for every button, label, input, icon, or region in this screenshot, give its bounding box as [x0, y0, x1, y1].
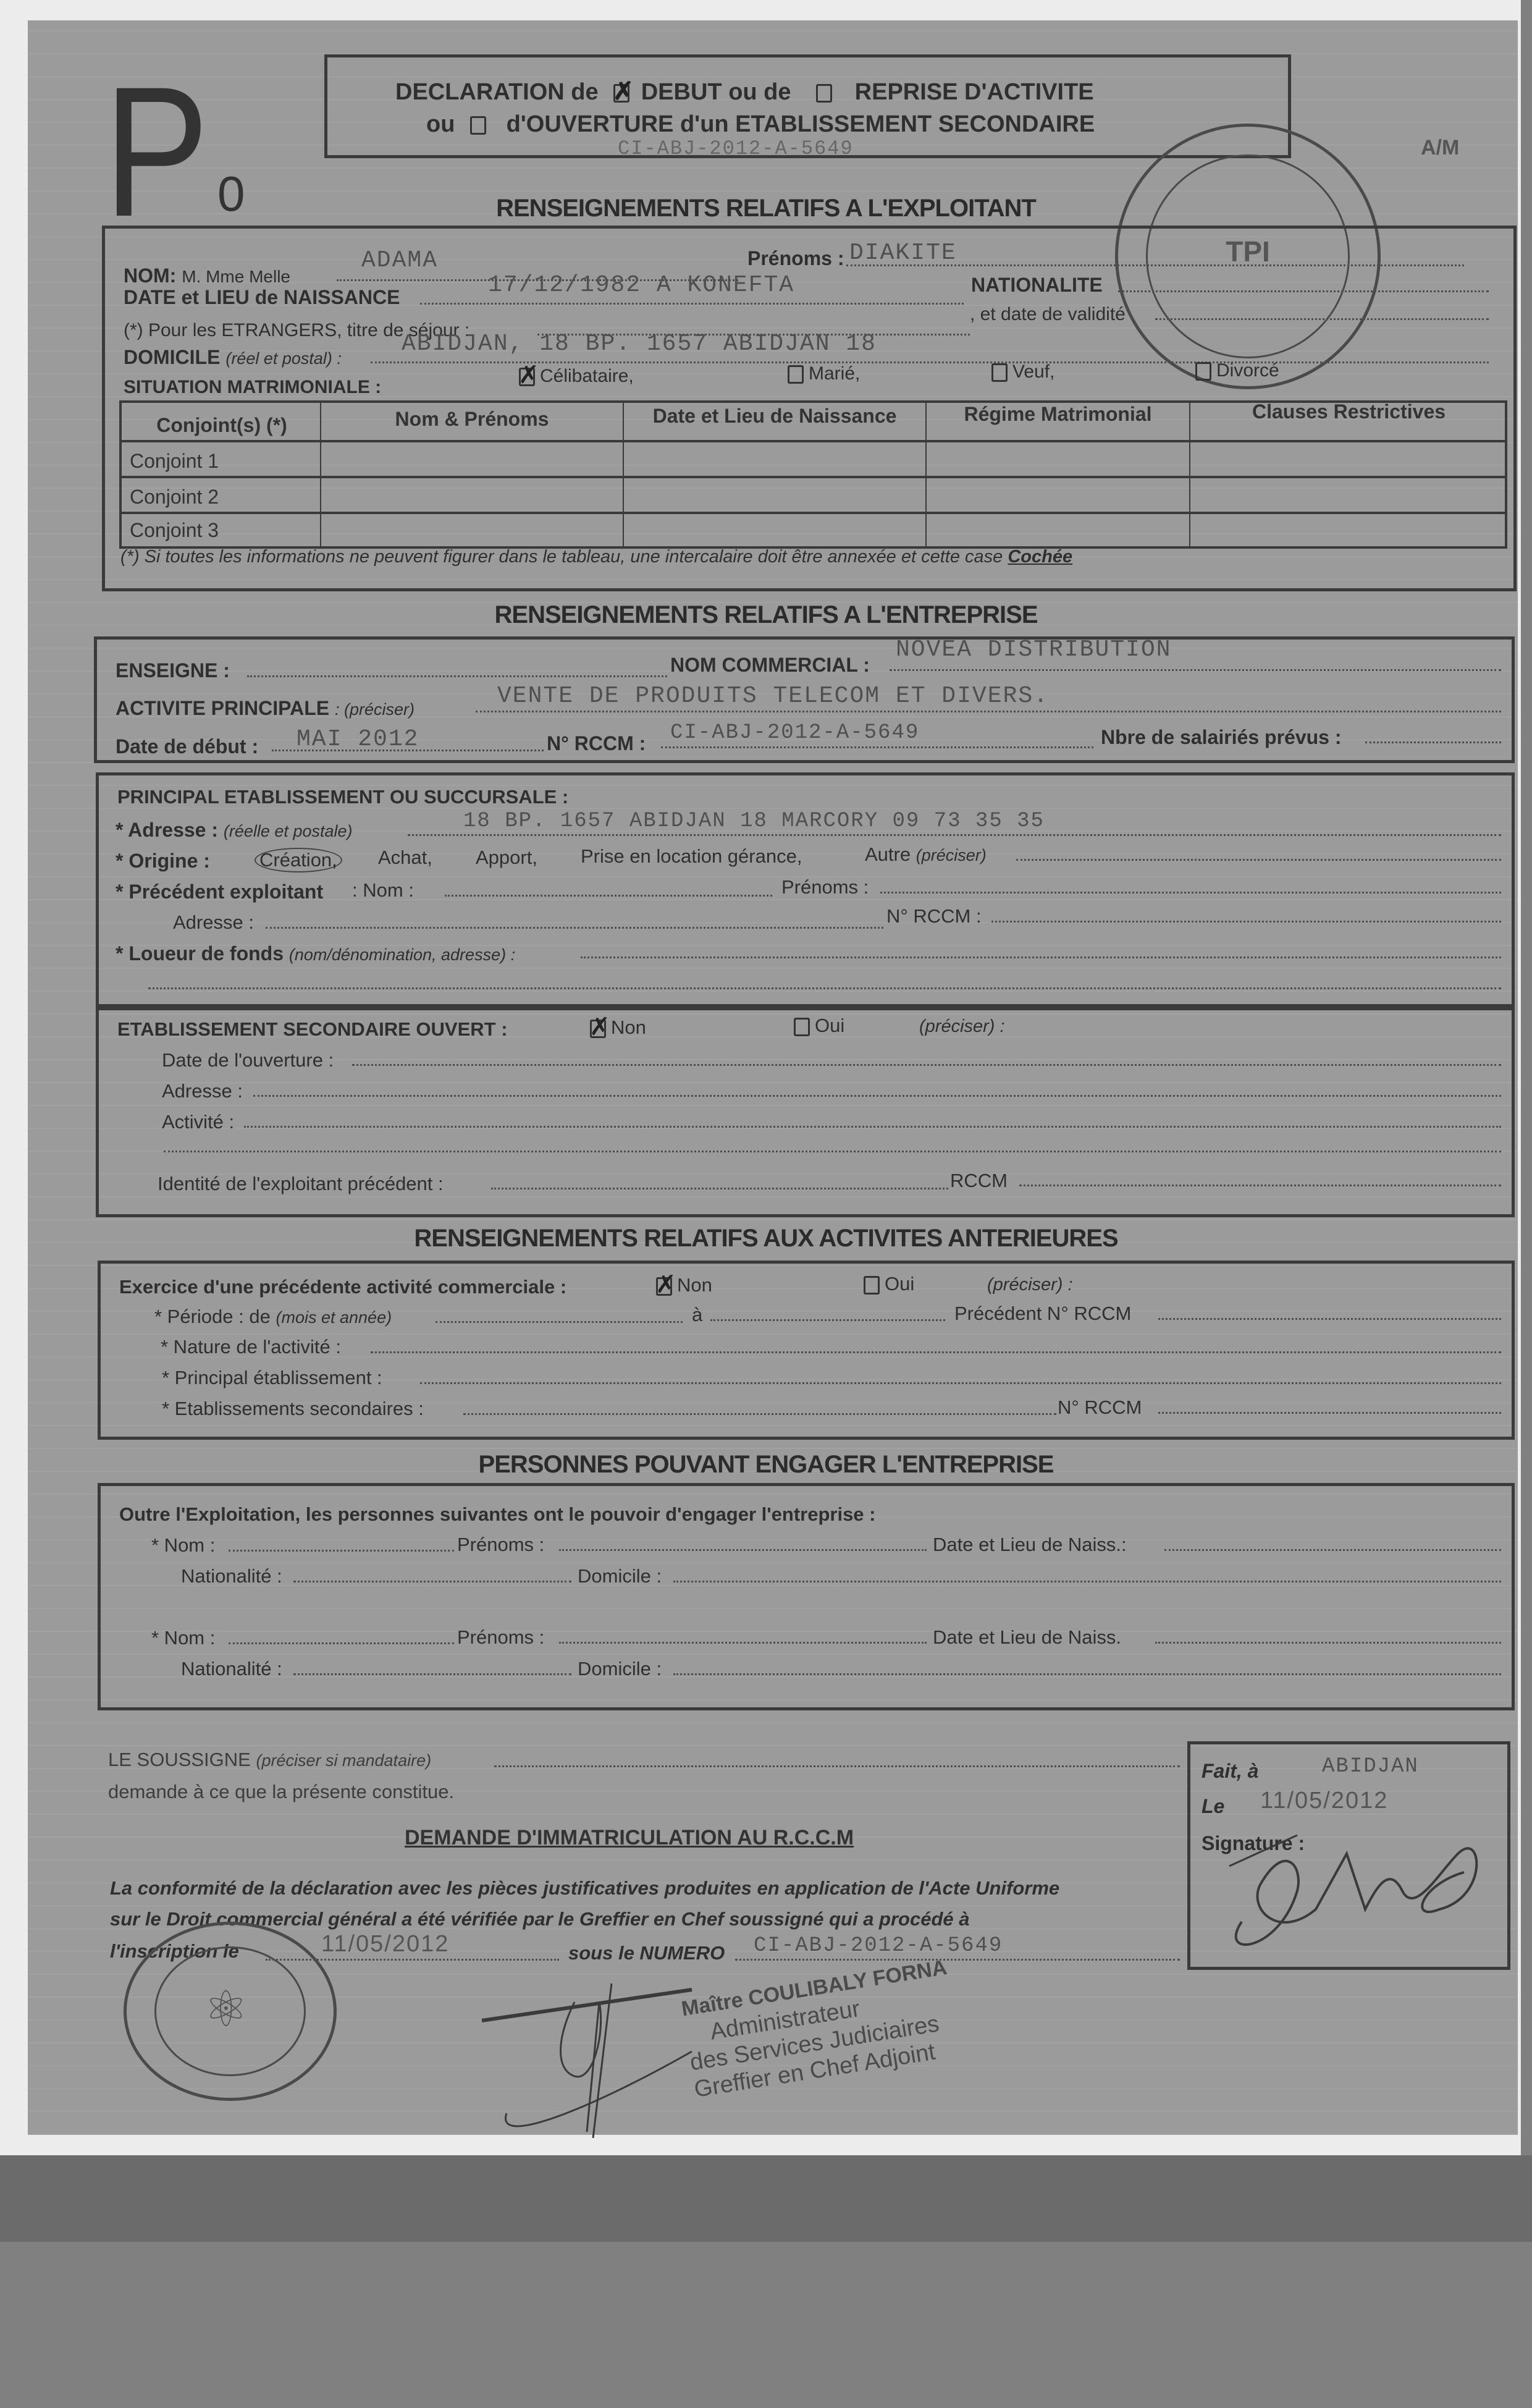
- naissance-value[interactable]: 17/12/1982 A KONEFTA: [488, 272, 794, 298]
- precedent-adresse-field-line[interactable]: [266, 927, 883, 929]
- personne1-naiss-label: Date et Lieu de Naiss.:: [933, 1534, 1127, 1556]
- loueur-field-line-2[interactable]: [148, 987, 1501, 989]
- soussigne-demande: demande à ce que la présente constitue.: [108, 1781, 454, 1803]
- nom-value[interactable]: ADAMA: [361, 247, 438, 274]
- secondaire-non-checkbox[interactable]: [590, 1020, 606, 1038]
- entreprise-section-title: RENSEIGNEMENTS RELATIFS A L'ENTREPRISE: [0, 601, 1532, 629]
- naissance-field-line[interactable]: [420, 303, 964, 305]
- principal-adresse-label: * Adresse : (réelle et postale): [116, 819, 353, 842]
- origine-autre-sub: (préciser): [916, 846, 987, 864]
- conjoint-table-row-divider: [119, 512, 1507, 514]
- rccm-field-line[interactable]: [661, 746, 1093, 748]
- periode-a-label: à: [692, 1304, 702, 1326]
- veuf-label: Veuf,: [1012, 361, 1054, 382]
- secondaire-identite-label: Identité de l'exploitant précédent :: [158, 1173, 444, 1195]
- situation-veuf[interactable]: Veuf,: [991, 361, 1054, 382]
- precedent-prenoms-field-line[interactable]: [880, 892, 1501, 893]
- anterieures-rccm-label: N° RCCM: [1058, 1396, 1142, 1419]
- loueur-sub: (nom/dénomination, adresse) :: [289, 945, 515, 964]
- periode-label: * Période : de (mois et année): [154, 1306, 392, 1328]
- signature-scribble-icon: [1205, 1817, 1501, 1959]
- conjoint-footnote-text: (*) Si toutes les informations ne peuven…: [120, 547, 1003, 567]
- personne2-naiss-field-line[interactable]: [1155, 1642, 1501, 1644]
- secondaire-non[interactable]: Non: [590, 1016, 646, 1039]
- personne1-nationalite-label: Nationalité :: [181, 1565, 282, 1587]
- numero-field-line[interactable]: [735, 1959, 1180, 1961]
- secondaire-rccm-field-line[interactable]: [1019, 1185, 1501, 1186]
- principal-etablissement-label: * Principal établissement :: [162, 1367, 382, 1389]
- activite-label-text: ACTIVITE PRINCIPALE: [116, 697, 329, 719]
- exercice-label: Exercice d'une précédente activité comme…: [119, 1276, 566, 1298]
- precedent-adresse-label: Adresse :: [173, 911, 254, 934]
- domicile-label: DOMICILE (réel et postal) :: [124, 346, 342, 369]
- exercice-oui-checkbox[interactable]: [864, 1276, 880, 1295]
- domicile-label-text: DOMICILE: [124, 346, 220, 368]
- exercice-non[interactable]: Non: [656, 1274, 712, 1296]
- personne2-domicile-field-line[interactable]: [673, 1673, 1501, 1675]
- nom-label: NOM: M. Mme Melle: [124, 264, 290, 287]
- secondaire-identite-field-line[interactable]: [491, 1188, 948, 1189]
- origine-location-gerance[interactable]: Prise en location gérance,: [581, 845, 802, 868]
- periode-a-field-line[interactable]: [710, 1319, 945, 1321]
- divorce-checkbox[interactable]: [1195, 362, 1211, 381]
- personnes-section-title: PERSONNES POUVANT ENGAGER L'ENTREPRISE: [0, 1451, 1532, 1479]
- declaration-prefix: DECLARATION de: [395, 79, 599, 105]
- nationalite-field-line[interactable]: [1118, 290, 1489, 292]
- secondaire-activite-label: Activité :: [162, 1111, 234, 1133]
- personne1-nom-label: * Nom :: [151, 1534, 215, 1557]
- conjoint-table-header-divider: [119, 440, 1507, 442]
- conjoint-footnote-emph: Cochée: [1008, 547, 1072, 567]
- header-rccm-overlay: CI-ABJ-2012-A-5649: [618, 137, 854, 160]
- secondaire-adresse-field-line[interactable]: [253, 1095, 1501, 1097]
- personne2-nationalite-label: Nationalité :: [181, 1658, 282, 1680]
- ouverture-label: d'OUVERTURE d'un ETABLISSEMENT SECONDAIR…: [507, 111, 1095, 137]
- exercice-preciser: (préciser) :: [987, 1275, 1073, 1295]
- situation-marie[interactable]: Marié,: [788, 363, 860, 384]
- debut-checkbox[interactable]: [613, 84, 629, 103]
- secondaire-non-label: Non: [611, 1016, 646, 1038]
- salaries-field-line[interactable]: [1365, 741, 1501, 743]
- precedent-rccm-label-2: Précédent N° RCCM: [954, 1303, 1131, 1325]
- prenoms-label: Prénoms :: [747, 247, 844, 270]
- validite-label: , et date de validité: [970, 304, 1126, 325]
- origine-apport[interactable]: Apport,: [476, 847, 537, 869]
- etablissements-secondaires-field-line[interactable]: [463, 1413, 1056, 1415]
- principal-adresse-sub: (réelle et postale): [224, 822, 353, 840]
- periode-label-text: * Période : de: [154, 1306, 271, 1327]
- le-value[interactable]: 11/05/2012: [1260, 1788, 1388, 1814]
- personne2-prenoms-label: Prénoms :: [457, 1626, 544, 1649]
- date-debut-value[interactable]: MAI 2012: [297, 726, 419, 753]
- enseigne-field-line[interactable]: [247, 675, 667, 677]
- secondaire-activite-field-line-2[interactable]: [164, 1151, 1501, 1152]
- declaration-header-line2: ou d'OUVERTURE d'un ETABLISSEMENT SECOND…: [426, 111, 1095, 138]
- date-debut-label: Date de début :: [116, 735, 258, 758]
- conjoint-header-nom: Nom & Prénoms: [321, 408, 623, 431]
- conjoint-header-regime: Régime Matrimonial: [927, 403, 1189, 426]
- secondaire-activite-field-line[interactable]: [244, 1126, 1501, 1128]
- activite-label: ACTIVITE PRINCIPALE : (préciser): [116, 697, 415, 720]
- origine-autre-label: Autre: [865, 843, 911, 865]
- origine-autre-field-line[interactable]: [1016, 859, 1501, 861]
- divorce-label: Divorcé: [1216, 360, 1279, 381]
- greffier-signature-icon: [469, 1965, 778, 2150]
- origine-creation[interactable]: Création,: [255, 848, 342, 872]
- situation-label: SITUATION MATRIMONIALE :: [124, 377, 381, 398]
- personne2-nom-field-line[interactable]: [229, 1642, 454, 1644]
- exercice-oui-label: Oui: [885, 1273, 914, 1295]
- precedent-exploitant-label: * Précédent exploitant: [116, 881, 323, 903]
- salaries-label: Nbre de salairiés prévus :: [1101, 726, 1342, 749]
- domicile-value[interactable]: ABIDJAN, 18 BP. 1657 ABIDJAN 18: [402, 331, 877, 357]
- loueur-label-text: * Loueur de fonds: [116, 942, 284, 965]
- activite-value[interactable]: VENTE DE PRODUITS TELECOM ET DIVERS.: [497, 683, 1049, 709]
- validite-field-line[interactable]: [1155, 318, 1489, 320]
- origine-achat[interactable]: Achat,: [378, 847, 432, 869]
- loueur-label: * Loueur de fonds (nom/dénomination, adr…: [116, 942, 515, 965]
- secondaire-date-label: Date de l'ouverture :: [162, 1049, 334, 1071]
- activite-field-line[interactable]: [476, 711, 1501, 712]
- etablissements-secondaires-label: * Etablissements secondaires :: [162, 1398, 424, 1420]
- secondaire-oui-checkbox[interactable]: [794, 1018, 810, 1036]
- periode-sub: (mois et année): [276, 1308, 392, 1327]
- top-right-mark: A/M: [1421, 136, 1459, 160]
- nom-sub: M. Mme Melle: [182, 267, 290, 286]
- soussigne-label-text: LE SOUSSIGNE: [108, 1749, 251, 1770]
- principal-etablissement-field-line[interactable]: [420, 1382, 1501, 1384]
- personne2-naiss-label: Date et Lieu de Naiss.: [933, 1626, 1121, 1649]
- situation-divorce[interactable]: Divorcé: [1195, 360, 1279, 381]
- anterieures-rccm-field-line[interactable]: [1158, 1412, 1501, 1414]
- debut-label: DEBUT ou de: [641, 79, 791, 105]
- inscription-date-value[interactable]: 11/05/2012: [321, 1931, 449, 1958]
- exploitant-section-title: RENSEIGNEMENTS RELATIFS A L'EXPLOITANT: [0, 195, 1532, 222]
- soussigne-label: LE SOUSSIGNE (préciser si mandataire): [108, 1749, 431, 1771]
- ou-label: ou: [426, 111, 455, 137]
- conjoint-header-conjoint: Conjoint(s) (*): [124, 414, 320, 437]
- personne2-domicile-label: Domicile :: [578, 1658, 662, 1680]
- activite-sub: : (préciser): [335, 700, 415, 719]
- nom-label-text: NOM:: [124, 264, 176, 287]
- personne1-domicile-label: Domicile :: [578, 1565, 662, 1587]
- conjoint-header-clauses: Clauses Restrictives: [1190, 400, 1507, 423]
- secondaire-adresse-label: Adresse :: [162, 1080, 243, 1102]
- immatriculation-para1: La conformité de la déclaration avec les…: [110, 1877, 1059, 1899]
- nationalite-label: NATIONALITE: [971, 274, 1103, 297]
- exercice-oui[interactable]: Oui: [864, 1273, 914, 1295]
- nature-activite-label: * Nature de l'activité :: [161, 1336, 341, 1358]
- principal-adresse-label-text: * Adresse :: [116, 819, 218, 841]
- loueur-field-line[interactable]: [581, 957, 1501, 958]
- precedent-rccm-label: N° RCCM :: [886, 905, 982, 927]
- personne2-nationalite-field-line[interactable]: [293, 1673, 571, 1675]
- conjoint-row-label: Conjoint 2: [130, 486, 219, 509]
- numero-label: sous le NUMERO: [568, 1942, 725, 1964]
- nom-commercial-label: NOM COMMERCIAL :: [670, 654, 870, 677]
- principal-title: PRINCIPAL ETABLISSEMENT OU SUCCURSALE :: [117, 786, 568, 808]
- origine-autre[interactable]: Autre (préciser): [865, 843, 987, 866]
- personne1-naiss-field-line[interactable]: [1164, 1549, 1501, 1551]
- personne1-prenoms-label: Prénoms :: [457, 1534, 544, 1556]
- personne1-domicile-field-line[interactable]: [673, 1581, 1501, 1582]
- nom-commercial-value[interactable]: NOVEA DISTRIBUTION: [896, 636, 1171, 663]
- exercice-non-checkbox[interactable]: [656, 1277, 672, 1296]
- personnes-intro: Outre l'Exploitation, les personnes suiv…: [119, 1503, 876, 1526]
- veuf-checkbox[interactable]: [991, 363, 1008, 382]
- personne2-prenoms-field-line[interactable]: [559, 1642, 927, 1644]
- le-label: Le: [1202, 1795, 1224, 1818]
- principal-adresse-value[interactable]: 18 BP. 1657 ABIDJAN 18 MARCORY 09 73 35 …: [463, 809, 1045, 833]
- naissance-label: DATE et LIEU de NAISSANCE: [124, 286, 400, 309]
- declaration-header-line1: DECLARATION de DEBUT ou de REPRISE D'ACT…: [395, 79, 1094, 106]
- secondaire-title: ETABLISSEMENT SECONDAIRE OUVERT :: [117, 1018, 508, 1041]
- periode-de-field-line[interactable]: [436, 1321, 683, 1323]
- court-stamp-emblem-icon: ⚛: [204, 1980, 248, 2038]
- nature-activite-field-line[interactable]: [371, 1351, 1501, 1353]
- principal-adresse-field-line[interactable]: [408, 834, 1501, 836]
- exercice-non-label: Non: [677, 1274, 712, 1296]
- secondaire-oui[interactable]: Oui: [794, 1015, 844, 1037]
- conjoint-row-label: Conjoint 1: [130, 450, 219, 473]
- celibataire-label: Célibataire,: [540, 366, 634, 386]
- domicile-sub: (réel et postal) :: [225, 349, 342, 368]
- fait-label: Fait, à: [1202, 1760, 1258, 1783]
- prenoms-value[interactable]: DIAKITE: [849, 240, 957, 266]
- secondaire-rccm-label: RCCM: [950, 1170, 1008, 1192]
- celibataire-checkbox[interactable]: [519, 368, 535, 386]
- secondaire-preciser: (préciser) :: [919, 1016, 1005, 1037]
- immatriculation-title: DEMANDE D'IMMATRICULATION AU R.C.C.M: [405, 1826, 854, 1850]
- soussigne-field-line[interactable]: [494, 1765, 1180, 1767]
- precedent-rccm-field-line[interactable]: [991, 921, 1501, 923]
- enseigne-label: ENSEIGNE :: [116, 659, 230, 682]
- conjoint-row-label: Conjoint 3: [130, 519, 219, 542]
- conjoint-header-naissance: Date et Lieu de Naissance: [624, 405, 925, 428]
- rccm-label: N° RCCM :: [547, 732, 646, 755]
- personne1-prenoms-field-line[interactable]: [559, 1549, 927, 1551]
- personne1-nationalite-field-line[interactable]: [293, 1581, 571, 1582]
- conjoint-footnote: (*) Si toutes les informations ne peuven…: [120, 547, 1072, 567]
- marie-label: Marié,: [809, 363, 860, 384]
- scanner-edge: [0, 2155, 1532, 2242]
- situation-celibataire[interactable]: Célibataire,: [519, 366, 634, 387]
- secondaire-oui-label: Oui: [815, 1015, 844, 1036]
- origine-label: * Origine :: [116, 850, 210, 872]
- precedent-nom-field-line[interactable]: [445, 895, 772, 897]
- marie-checkbox[interactable]: [788, 365, 804, 384]
- precedent-nom-label: : Nom :: [352, 879, 414, 902]
- precedent-prenoms-label: Prénoms :: [781, 876, 869, 898]
- numero-value[interactable]: CI-ABJ-2012-A-5649: [754, 1934, 1003, 1958]
- reprise-checkbox[interactable]: [816, 84, 832, 103]
- personne1-nom-field-line[interactable]: [229, 1550, 454, 1552]
- conjoint-table-row-divider: [119, 476, 1507, 478]
- reprise-label: REPRISE D'ACTIVITE: [855, 79, 1094, 105]
- nom-commercial-field-line[interactable]: [890, 669, 1501, 671]
- rccm-value[interactable]: CI-ABJ-2012-A-5649: [670, 721, 919, 745]
- secondaire-date-field-line[interactable]: [352, 1064, 1501, 1066]
- ouverture-checkbox[interactable]: [470, 116, 486, 135]
- personne2-nom-label: * Nom :: [151, 1627, 215, 1649]
- soussigne-sub: (préciser si mandataire): [256, 1751, 431, 1770]
- precedent-rccm-field-line-2[interactable]: [1158, 1318, 1501, 1320]
- anterieures-section-title: RENSEIGNEMENTS RELATIFS AUX ACTIVITES AN…: [0, 1225, 1532, 1253]
- fait-value[interactable]: ABIDJAN: [1322, 1755, 1419, 1778]
